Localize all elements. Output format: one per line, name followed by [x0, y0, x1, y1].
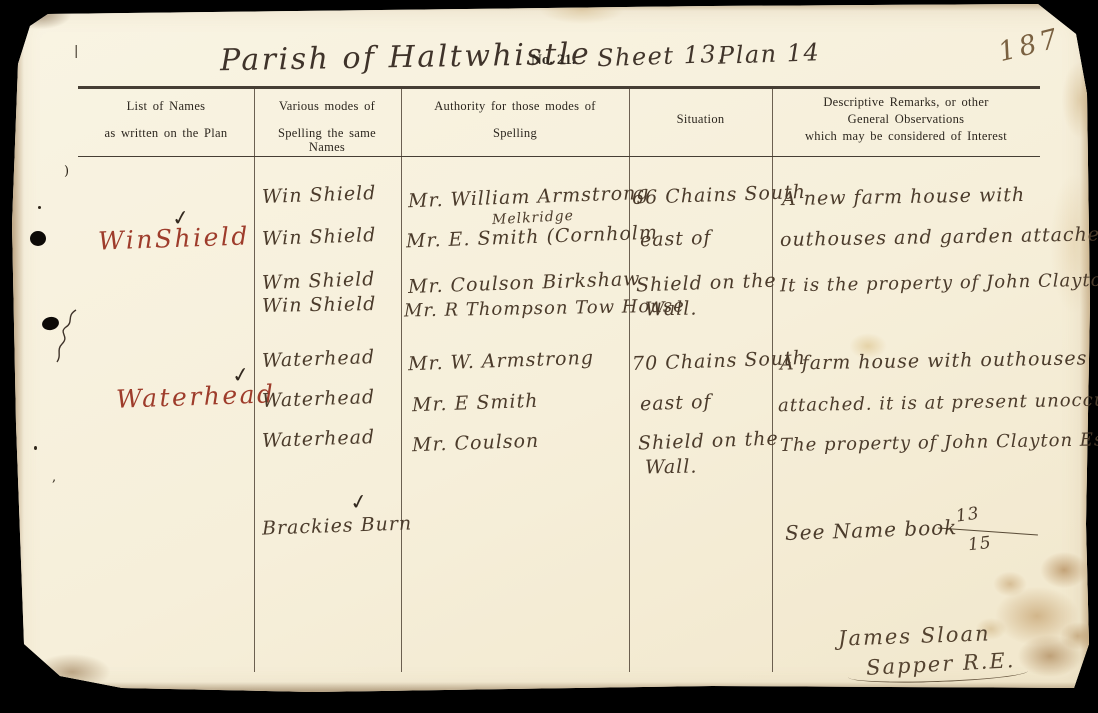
column-header-text: Spelling the same Names: [258, 127, 396, 155]
column-header-text: Authority for those modes of: [406, 100, 624, 114]
sheet-label-script: Sheet 13.: [597, 40, 727, 72]
plan-name-red-ink: Waterhead: [116, 379, 276, 414]
spelling-variant: Win Shield: [262, 293, 377, 317]
spelling-variant: Waterhead: [262, 346, 376, 372]
column-header-authority: Authority for those modes of Spelling: [406, 100, 624, 141]
ink-speck: ): [64, 164, 69, 179]
column-header-text: Situation: [633, 113, 768, 127]
plan-label-script: Plan 14: [718, 38, 821, 70]
ink-blot: [30, 231, 46, 246]
spelling-variant: Win Shield: [262, 224, 377, 250]
situation-text: Wall.: [645, 298, 698, 321]
spelling-variant: Wm Shield: [262, 268, 376, 294]
column-header-situation: Situation: [633, 113, 768, 127]
ink-speck: [34, 446, 37, 450]
authority-entry: Mr. E Smith: [412, 390, 539, 416]
ink-speck: ,: [52, 470, 56, 485]
remarks-text: A new farm house with: [782, 184, 1026, 210]
spelling-variant: Waterhead: [262, 426, 376, 452]
situation-text: east of: [640, 391, 712, 415]
column-divider: [772, 88, 773, 672]
situation-text: east of: [640, 227, 712, 251]
reference-fraction-numerator: 13: [955, 503, 981, 526]
column-header-text: Spelling: [406, 127, 624, 141]
number-label: No. 21.: [531, 52, 576, 69]
column-header-text: which may be considered of Interest: [777, 130, 1035, 144]
plan-name-red-ink: WinShield: [98, 221, 251, 255]
scanned-document-page: ) | , Parish of Haltwhistle No. 21. Shee…: [0, 0, 1098, 713]
column-header-spelling: Various modes of Spelling the same Names: [258, 100, 396, 154]
column-header-text: List of Names: [85, 100, 247, 114]
ink-speck: [38, 206, 41, 209]
spelling-variant: Waterhead: [262, 386, 376, 412]
column-header-text: Descriptive Remarks, or other: [777, 96, 1035, 110]
reference-fraction-denominator: 15: [967, 533, 993, 555]
authority-entry: Mr. Coulson: [412, 430, 540, 456]
column-header-text: as written on the Plan: [85, 127, 247, 141]
table-top-rule: [78, 86, 1040, 89]
column-header-remarks: Descriptive Remarks, or other General Ob…: [777, 96, 1035, 143]
column-divider: [401, 88, 402, 672]
column-header-text: Various modes of: [258, 100, 396, 114]
ink-squiggle: [54, 308, 80, 364]
table-header-rule: [78, 156, 1040, 157]
column-header-text: General Observations: [777, 113, 1035, 127]
column-divider: [629, 88, 630, 672]
situation-text: Wall.: [645, 456, 698, 479]
column-header-names: List of Names as written on the Plan: [85, 100, 247, 141]
spelling-variant: Win Shield: [262, 182, 377, 208]
ink-speck: |: [74, 44, 78, 59]
